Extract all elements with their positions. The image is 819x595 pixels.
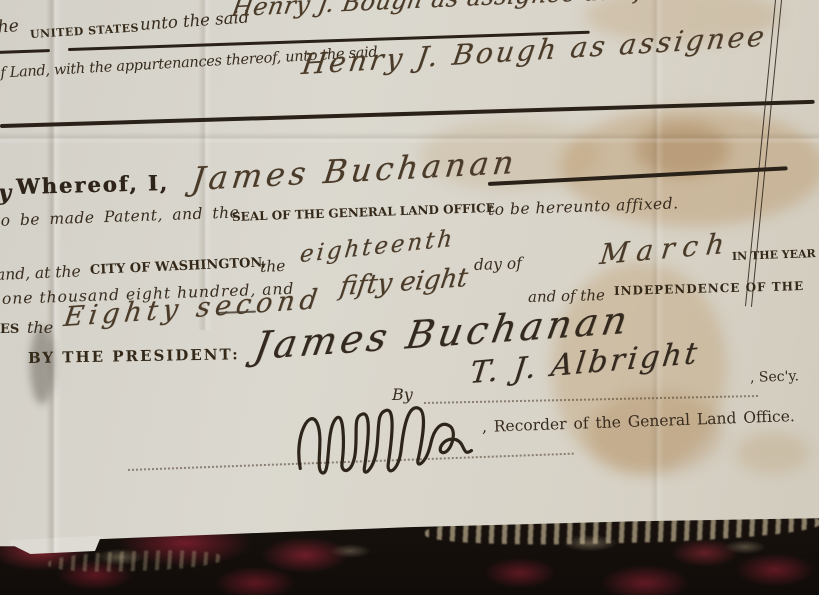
printed-text: day of [474, 254, 523, 274]
printed-secy: , Sec'y. [750, 368, 799, 386]
handwritten-grantee-name: Henry J. Bough as assignee [300, 19, 770, 81]
printed-city-of-washington: CITY OF WASHINGTON, [90, 255, 267, 278]
fold-crease [650, 0, 664, 595]
fold-crease [0, 132, 819, 144]
photo-of-land-patent-document: the UNITED STATES unto the said Henry J.… [0, 0, 819, 595]
ink-stain [735, 432, 810, 474]
handwritten-year: fifty eight [338, 263, 470, 302]
printed-text: the [260, 257, 286, 276]
printed-text: ES [0, 322, 19, 337]
recorder-signature-scrawl [289, 381, 495, 485]
printed-text: the [0, 16, 19, 38]
document-paper: the UNITED STATES unto the said Henry J.… [0, 0, 819, 595]
printed-text: the [27, 318, 53, 337]
horizontal-rule [0, 49, 50, 54]
printed-in-the-year: IN THE YEAR [732, 247, 816, 263]
handwritten-day: eighteenth [299, 225, 457, 268]
printed-seal-clause: SEAL OF THE GENERAL LAND OFFICE [232, 201, 495, 224]
printed-whereof: Whereof, I, [16, 170, 170, 199]
handwritten-president-name: James Buchanan [190, 143, 520, 198]
printed-text: y [0, 180, 11, 206]
printed-by-the-president: BY THE PRESIDENT: [28, 345, 240, 367]
printed-text: and, at the [0, 262, 81, 284]
handwritten-month: March [598, 226, 734, 271]
